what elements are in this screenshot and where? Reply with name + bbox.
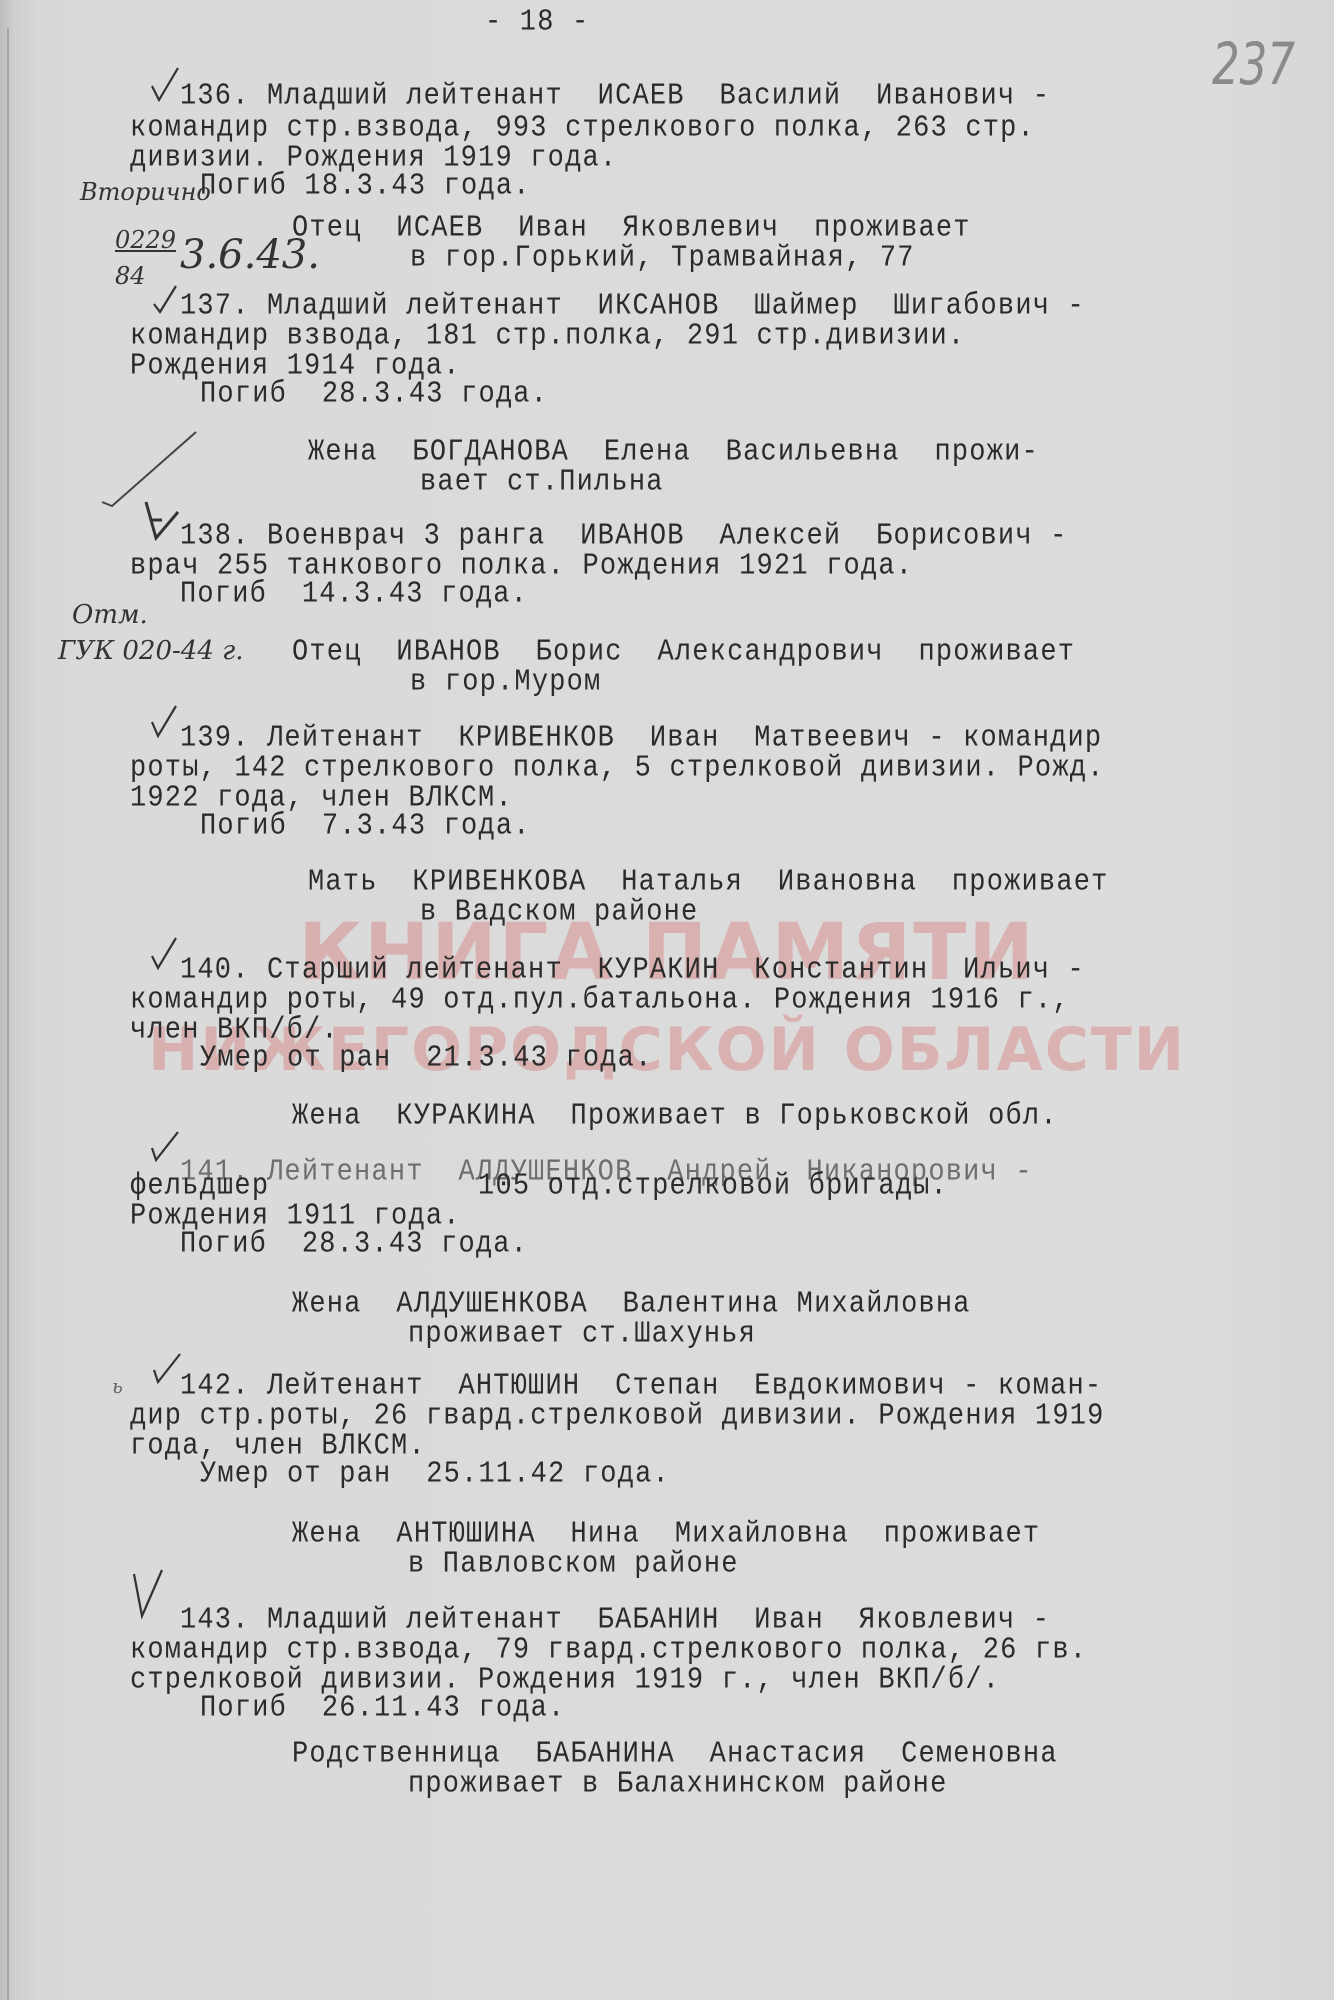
entry-138-line-1: 138. Военврач 3 ранга ИВАНОВ Алексей Бор… [180, 520, 1068, 554]
handwritten-otm-line-1: Отм. [72, 600, 148, 630]
check-mark-icon [152, 282, 182, 316]
handwritten-ref-date: 3.6.43. [180, 232, 320, 278]
entry-139-relative-1: Мать КРИВЕНКОВА Наталья Ивановна прожива… [308, 866, 1109, 900]
archival-document-page: КНИГА ПАМЯТИ НИЖЕГОРОДСКОЙ ОБЛАСТИ - 18 … [0, 0, 1334, 2000]
check-mark-icon [150, 938, 180, 972]
entry-139-line-1: 139. Лейтенант КРИВЕНКОВ Иван Матвеевич … [180, 722, 1102, 756]
entry-142-fate: Умер от ран 25.11.42 года. [200, 1458, 670, 1492]
entry-139-fate: Погиб 7.3.43 года. [200, 810, 531, 844]
entry-142-relative-2: в Павловском районе [408, 1548, 739, 1582]
entry-138-relative-2: в гор.Муром [410, 666, 601, 700]
entry-143-line-1: 143. Младший лейтенант БАБАНИН Иван Яков… [180, 1604, 1050, 1638]
page-label: - 18 - [485, 6, 589, 40]
entry-137-fate: Погиб 28.3.43 года. [200, 378, 548, 412]
check-mark-icon [150, 1130, 180, 1164]
entry-141-relative-2: проживает ст.Шахунья [408, 1318, 756, 1352]
entry-139-line-2: роты, 142 стрелкового полка, 5 стрелково… [130, 752, 1105, 786]
handwritten-vtorichno: Вторично [80, 178, 211, 206]
entry-141-line-2: фельдшер 105 отд.стрелковой бригады. [130, 1170, 948, 1204]
stray-mark: ь [112, 1374, 123, 1398]
entry-137-line-1: 137. Младший лейтенант ИКСАНОВ Шаймер Ши… [180, 290, 1085, 324]
check-mark-icon [142, 500, 180, 540]
entry-136-relative-1: Отец ИСАЕВ Иван Яковлевич проживает [292, 212, 971, 246]
entry-136-fate: Погиб 18.3.43 года. [200, 170, 531, 204]
entry-140-fate: Умер от ран 21.3.43 года. [200, 1042, 652, 1076]
entry-143-fate: Погиб 26.11.43 года. [200, 1692, 565, 1726]
entry-138-fate: Погиб 14.3.43 года. [180, 578, 528, 612]
entry-141-fate: Погиб 28.3.43 года. [180, 1228, 528, 1262]
entry-140-relative-1: Жена КУРАКИНА Проживает в Горьковской об… [292, 1100, 1058, 1134]
entry-136-line-1: 136. Младший лейтенант ИСАЕВ Василий Ива… [180, 80, 1050, 114]
check-mark-icon [150, 68, 180, 102]
binding-edge [7, 28, 9, 2000]
entry-143-relative-1: Родственница БАБАНИНА Анастасия Семеновн… [292, 1738, 1058, 1772]
entry-142-line-1: 142. Лейтенант АНТЮШИН Степан Евдокимови… [180, 1370, 1102, 1404]
handwritten-otm-line-2: ГУК 020-44 г. [58, 636, 244, 666]
entry-141-relative-1: Жена АЛДУШЕНКОВА Валентина Михайловна [292, 1288, 971, 1322]
entry-139-relative-2: в Вадском районе [420, 896, 698, 930]
entry-137-relative-1: Жена БОГДАНОВА Елена Васильевна прожи- [308, 436, 1039, 470]
entry-136-relative-2: в гор.Горький, Трамвайная, 77 [410, 242, 915, 276]
check-mark-icon [132, 1570, 166, 1620]
entry-143-line-2: командир стр.взвода, 79 гвард.стрелковог… [130, 1634, 1087, 1668]
entry-136-line-2: командир стр.взвода, 993 стрелкового пол… [130, 112, 1035, 146]
entry-140-line-1: 140. Старший лейтенант КУРАКИН Константи… [180, 954, 1085, 988]
entry-142-line-2: дир стр.роты, 26 гвард.стрелковой дивизи… [130, 1400, 1105, 1434]
long-check-mark-icon [100, 428, 200, 508]
entry-138-relative-1: Отец ИВАНОВ Борис Александрович проживае… [292, 636, 1075, 670]
check-mark-icon [150, 706, 180, 740]
check-mark-icon [152, 1352, 182, 1386]
entry-140-line-2: командир роты, 49 отд.пул.батальона. Рож… [130, 984, 1070, 1018]
handwritten-ref-numerator: 0229 [115, 226, 176, 254]
archive-page-number: 237 [1212, 30, 1295, 98]
entry-142-relative-1: Жена АНТЮШИНА Нина Михайловна проживает [292, 1518, 1040, 1552]
handwritten-ref-denominator: 84 [115, 262, 146, 290]
entry-137-relative-2: вает ст.Пильна [420, 466, 664, 500]
entry-137-line-2: командир взвода, 181 стр.полка, 291 стр.… [130, 320, 965, 354]
entry-143-relative-2: проживает в Балахнинском районе [408, 1768, 947, 1802]
